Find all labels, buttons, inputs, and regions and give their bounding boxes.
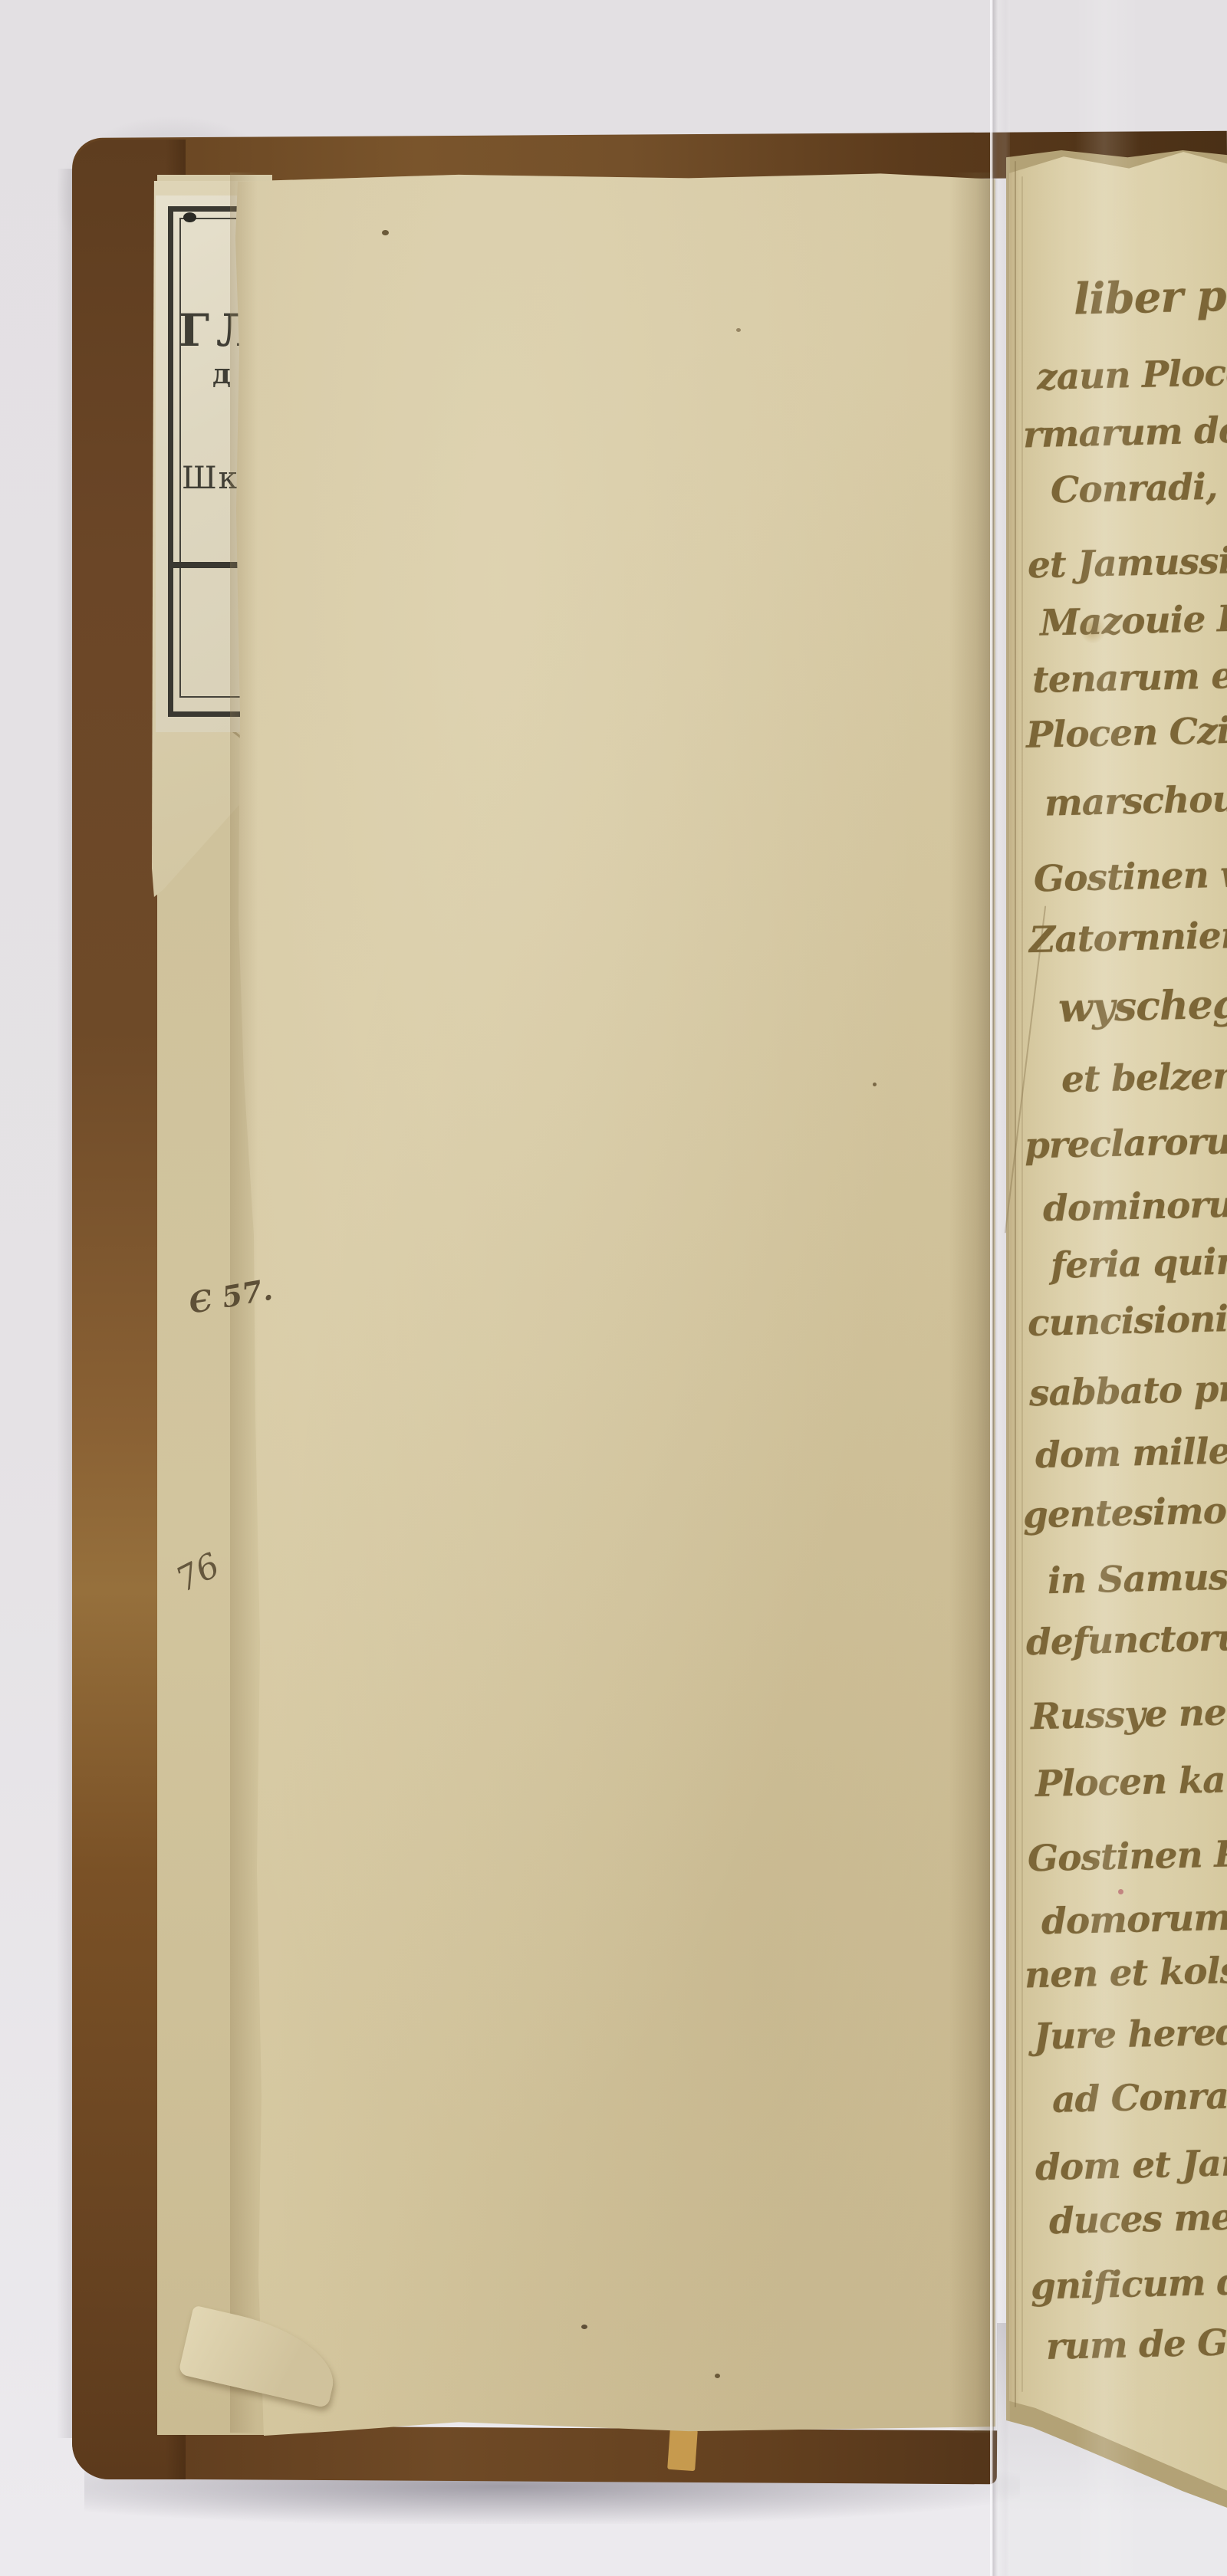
paper-speck bbox=[581, 2325, 587, 2329]
leather-repair-patch bbox=[667, 2428, 698, 2471]
paper-speck bbox=[715, 2374, 720, 2378]
paper-speck bbox=[873, 1083, 877, 1086]
page-crease bbox=[1021, 176, 1023, 2392]
manuscript-photo-scene: ГЛА д Шка Є 57. 76 liber priuilegior zau… bbox=[0, 0, 1227, 2576]
label-text-d: д bbox=[212, 358, 231, 390]
glass-edge bbox=[990, 0, 1010, 2576]
gutter-shadow bbox=[949, 172, 994, 2433]
flyleaf-page bbox=[229, 170, 995, 2436]
paper-speck bbox=[736, 328, 741, 332]
label-hole-dot bbox=[183, 212, 196, 222]
paper-speck bbox=[382, 230, 389, 235]
glass-sheen bbox=[1075, 0, 1140, 2576]
page-crease bbox=[1015, 161, 1016, 2407]
